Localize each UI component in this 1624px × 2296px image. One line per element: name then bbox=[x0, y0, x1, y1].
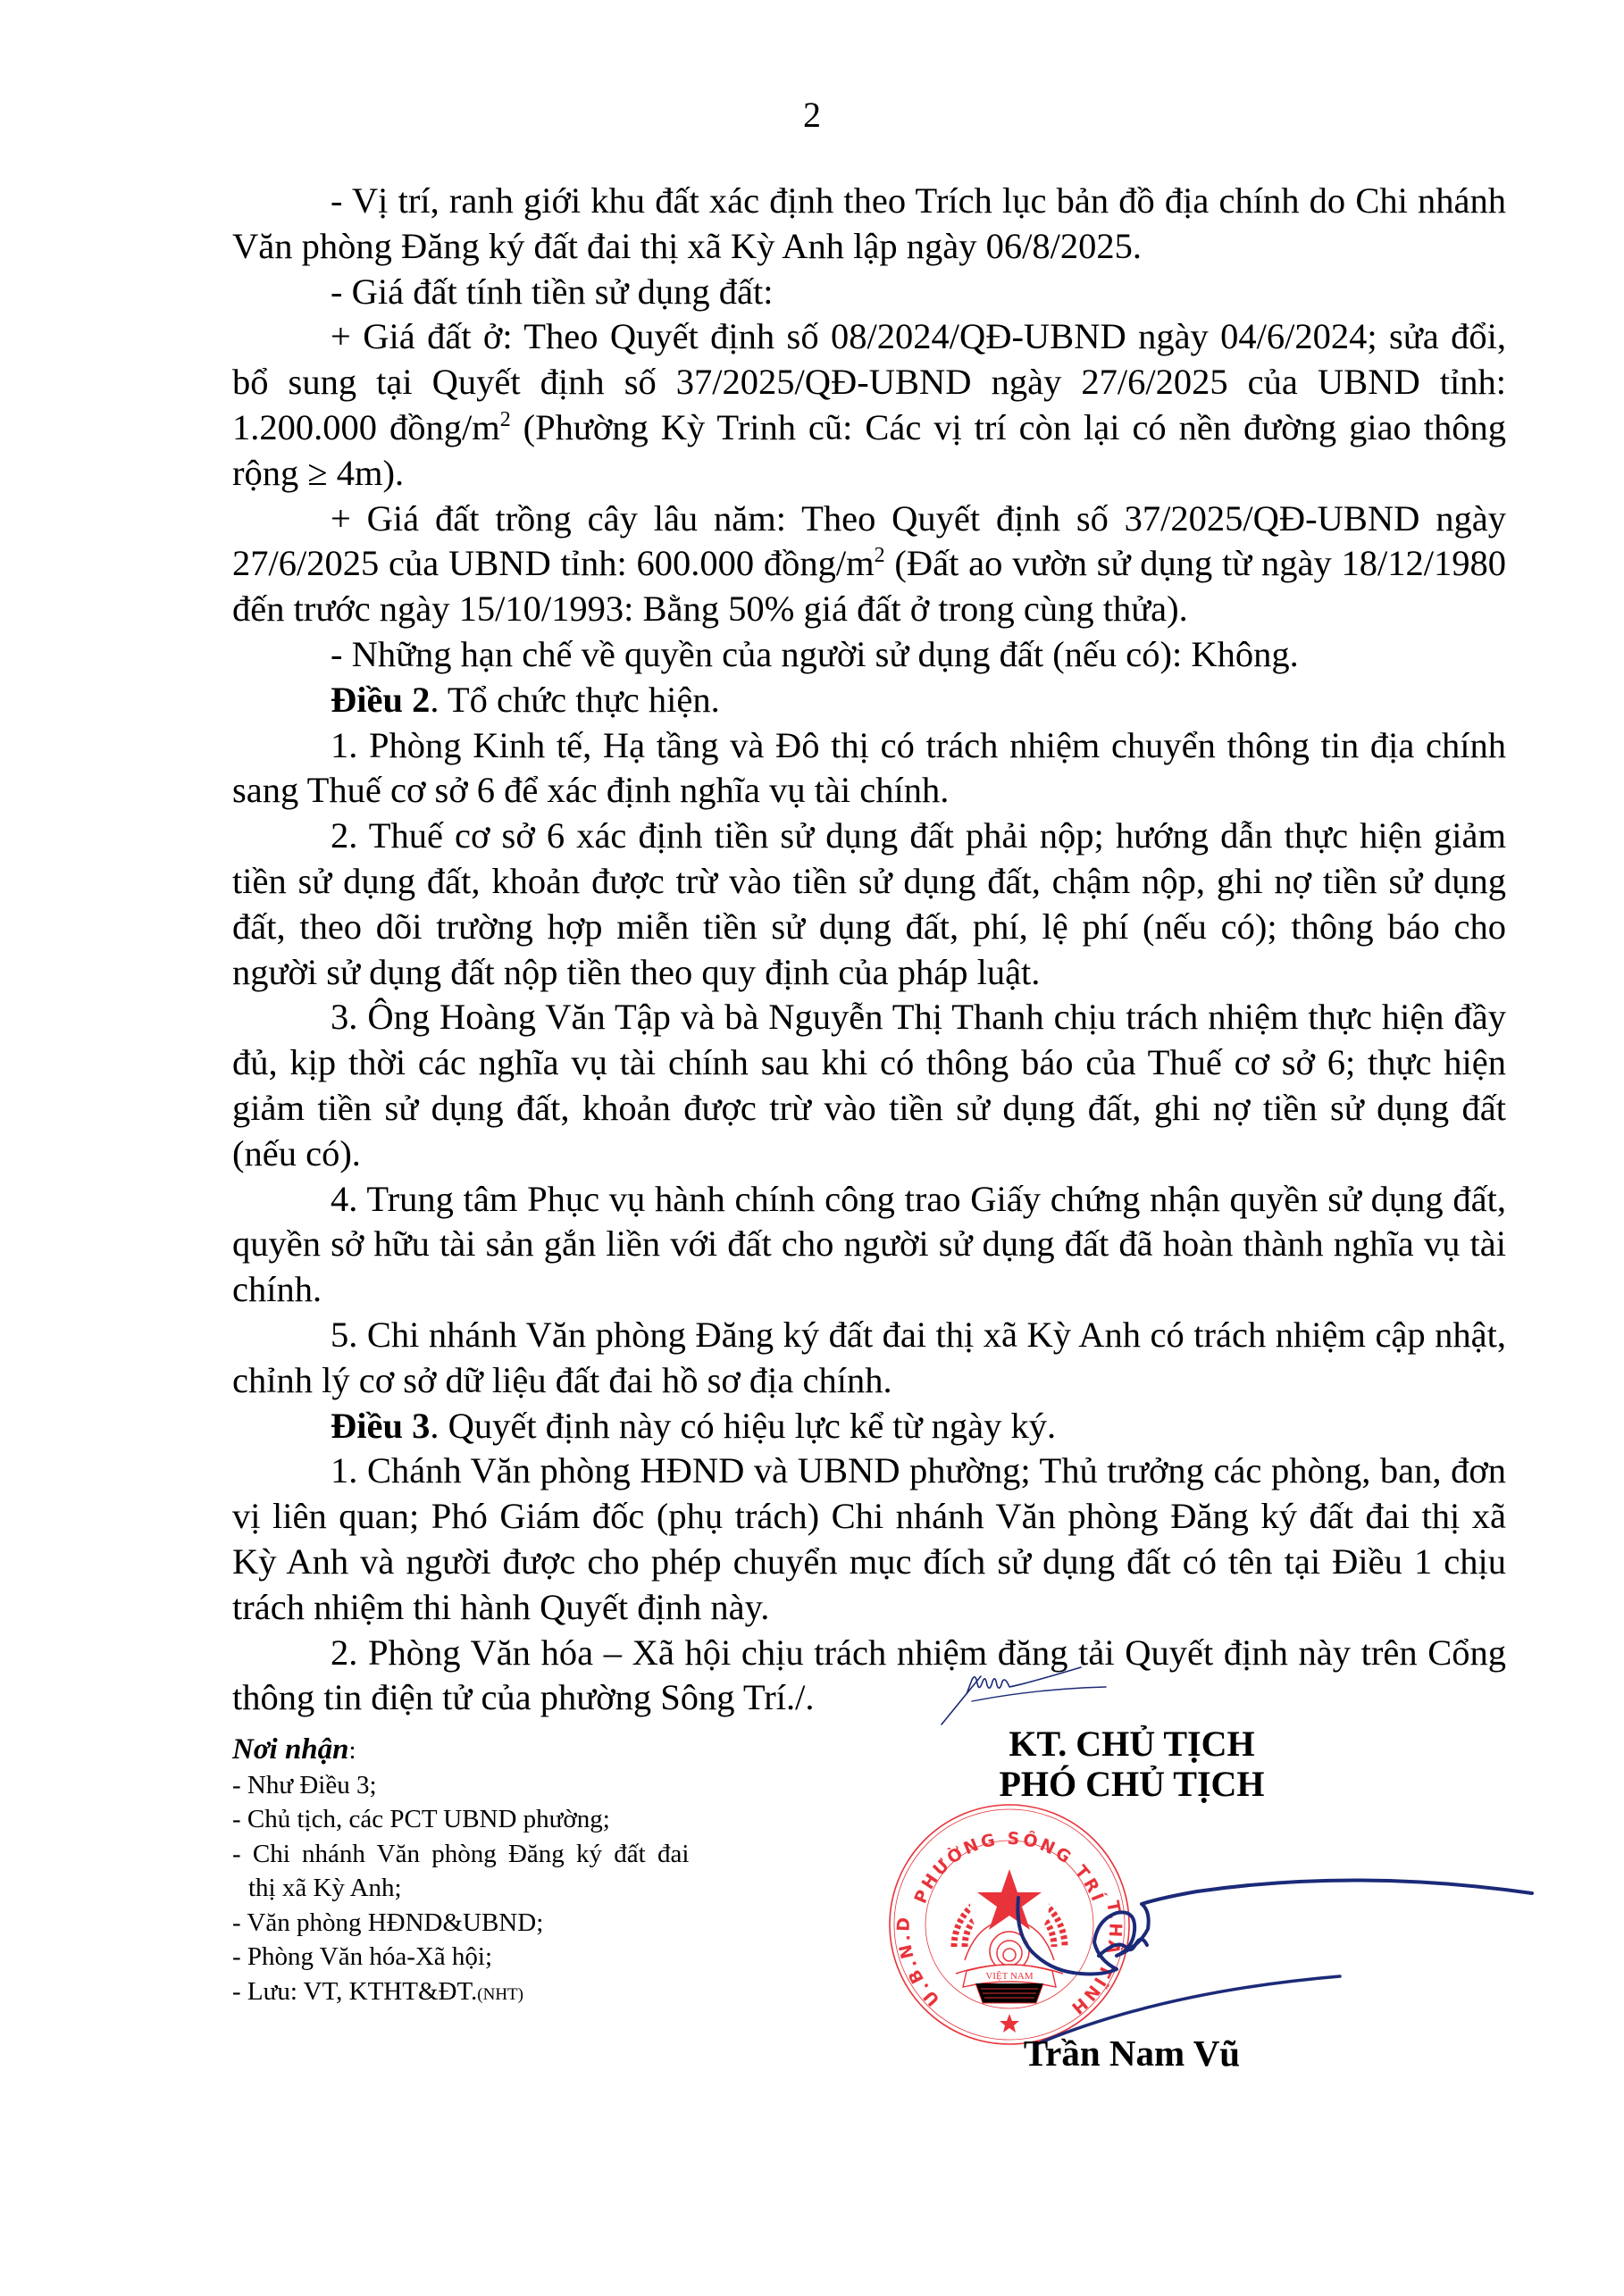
recipient-item: thị xã Kỳ Anh; bbox=[232, 1871, 768, 1906]
article-3-heading: Điều 3. Quyết định này có hiệu lực kể từ… bbox=[232, 1404, 1506, 1449]
signature-title: KT. CHỦ TỊCH PHÓ CHỦ TỊCH bbox=[947, 1724, 1317, 1804]
article-3-item-2: 2. Phòng Văn hóa – Xã hội chịu trách nhi… bbox=[232, 1631, 1506, 1722]
recipient-item: - Chủ tịch, các PCT UBND phường; bbox=[232, 1802, 768, 1837]
article-2-heading: Điều 2. Tổ chức thực hiện. bbox=[232, 678, 1506, 723]
recipient-item: - Phòng Văn hóa-Xã hội; bbox=[232, 1940, 768, 1975]
paragraph-restrictions: - Những hạn chế về quyền của người sử dụ… bbox=[232, 632, 1506, 678]
recipient-item: - Chi nhánh Văn phòng Đăng ký đất đai bbox=[232, 1837, 768, 1872]
paragraph-residential-price: + Giá đất ở: Theo Quyết định số 08/2024/… bbox=[232, 314, 1506, 496]
article-2-item-3: 3. Ông Hoàng Văn Tập và bà Nguyễn Thị Th… bbox=[232, 995, 1506, 1176]
signer-name: Trần Nam Vũ bbox=[947, 2031, 1317, 2075]
page-number: 2 bbox=[0, 93, 1624, 138]
document-body: - Vị trí, ranh giới khu đất xác định the… bbox=[232, 179, 1506, 1721]
signature-title-line2: PHÓ CHỦ TỊCH bbox=[947, 1764, 1317, 1804]
recipient-item: - Lưu: VT, KTHT&ĐT.(NHT) bbox=[232, 1975, 768, 2013]
recipients-block: Nơi nhận: - Như Điều 3; - Chủ tịch, các … bbox=[232, 1732, 768, 2012]
paragraph-perennial-price: + Giá đất trồng cây lâu năm: Theo Quyết … bbox=[232, 497, 1506, 632]
recipient-item: - Như Điều 3; bbox=[232, 1768, 768, 1803]
article-2-item-2: 2. Thuế cơ sở 6 xác định tiền sử dụng đấ… bbox=[232, 814, 1506, 995]
paragraph-land-price-heading: - Giá đất tính tiền sử dụng đất: bbox=[232, 270, 1506, 315]
recipients-title: Nơi nhận: bbox=[232, 1732, 768, 1768]
article-3-item-1: 1. Chánh Văn phòng HĐND và UBND phường; … bbox=[232, 1449, 1506, 1630]
paragraph-location: - Vị trí, ranh giới khu đất xác định the… bbox=[232, 179, 1506, 270]
signature-title-line1: KT. CHỦ TỊCH bbox=[947, 1724, 1317, 1764]
initial-signature bbox=[929, 1657, 1108, 1728]
article-2-item-1: 1. Phòng Kinh tế, Hạ tầng và Đô thị có t… bbox=[232, 723, 1506, 814]
recipient-item: - Văn phòng HĐND&UBND; bbox=[232, 1906, 768, 1941]
article-2-item-4: 4. Trung tâm Phục vụ hành chính công tra… bbox=[232, 1177, 1506, 1313]
article-2-item-5: 5. Chi nhánh Văn phòng Đăng ký đất đai t… bbox=[232, 1313, 1506, 1404]
